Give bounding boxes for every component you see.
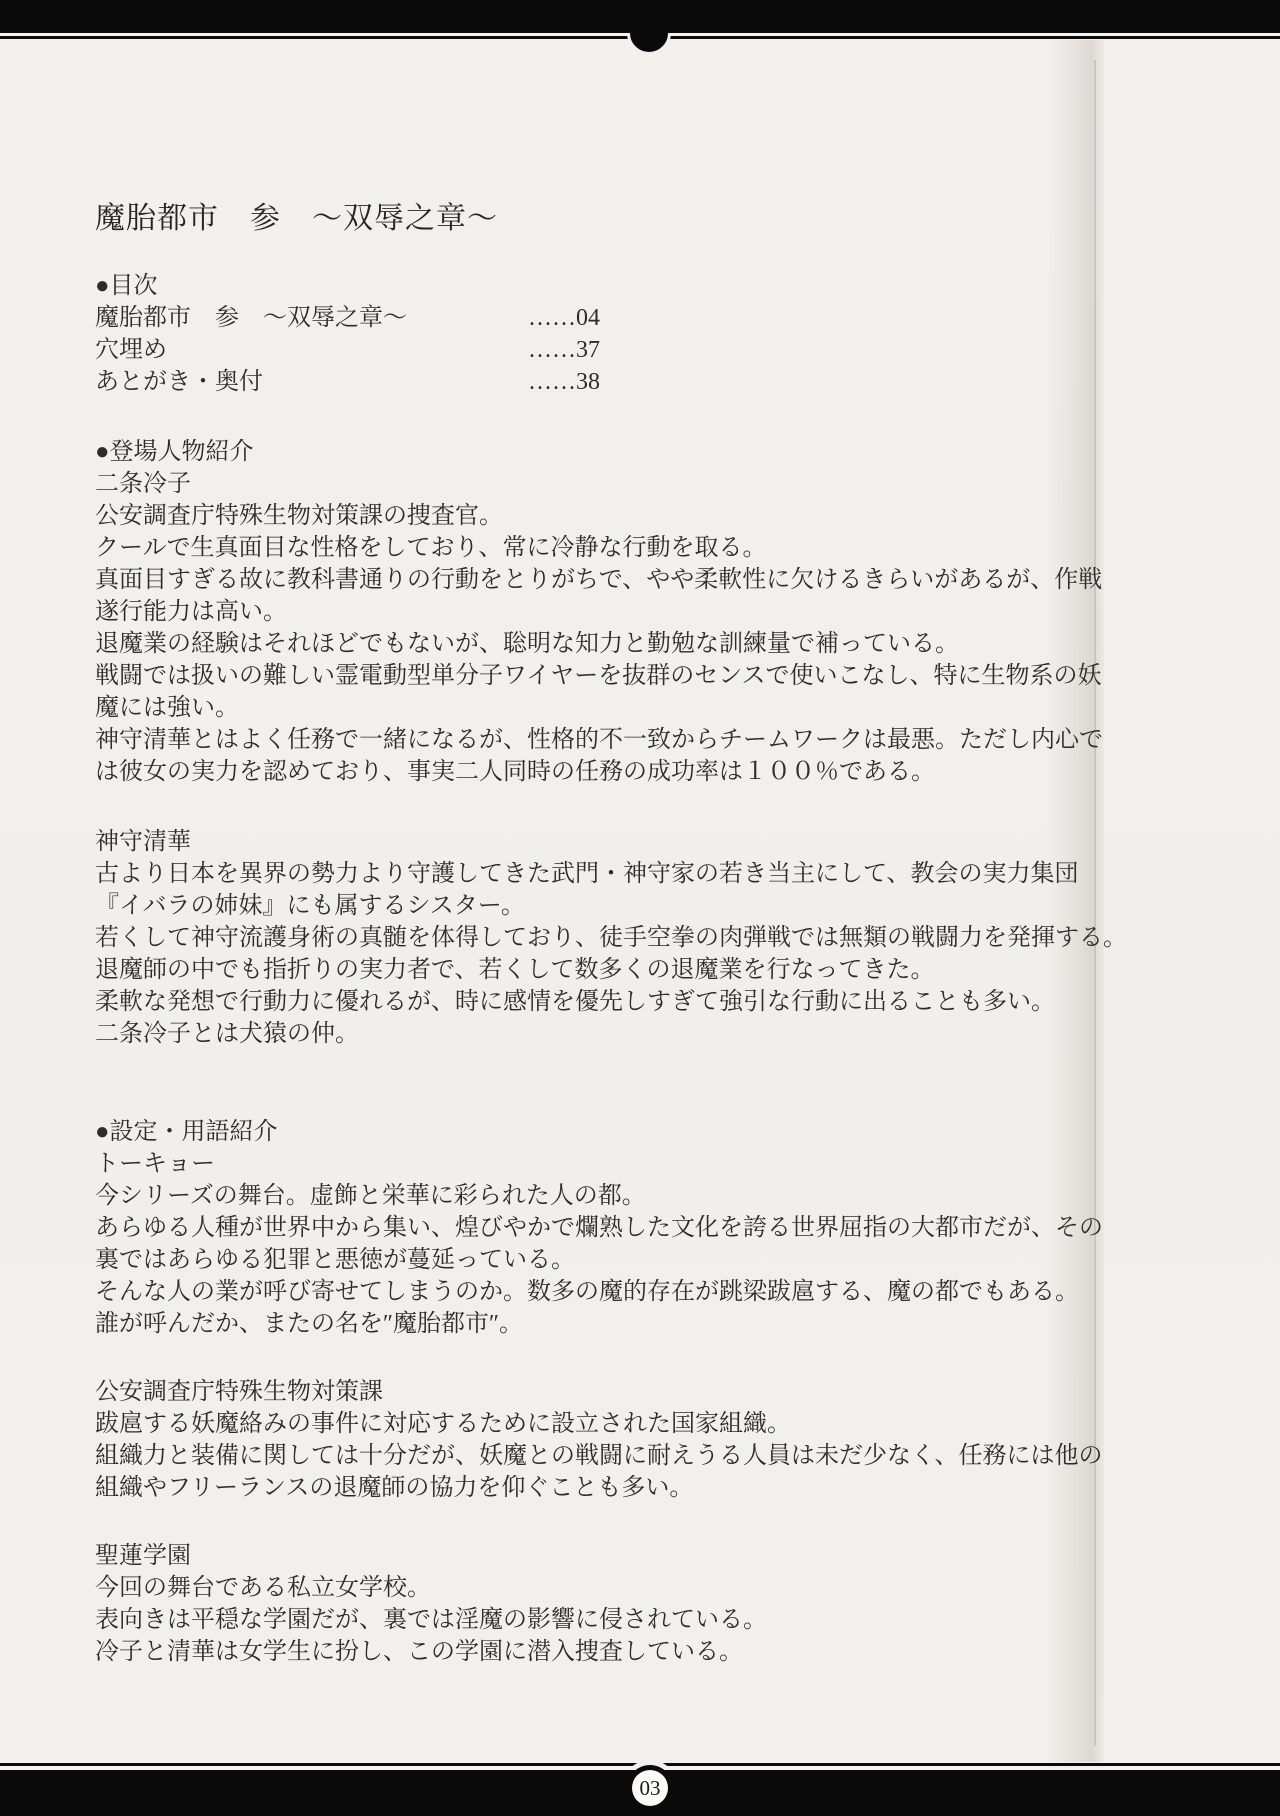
text-line: クールで生真面目な性格をしており、常に冷静な行動を取る。 bbox=[95, 532, 1190, 564]
character-section-heading: ●登場人物紹介 bbox=[95, 436, 1190, 468]
text-line: 『イバラの姉妹』にも属するシスター。 bbox=[95, 890, 1190, 922]
text-line: 公安調査庁特殊生物対策課の捜査官。 bbox=[95, 500, 1190, 532]
toc-item-page: ……38 bbox=[528, 366, 600, 398]
character-name: 神守清華 bbox=[95, 826, 1190, 858]
character-intro-section: ●登場人物紹介 二条冷子 公安調査庁特殊生物対策課の捜査官。 クールで生真面目な… bbox=[95, 436, 1190, 1050]
setting-entry-list: トーキョー 今シリーズの舞台。虚飾と栄華に彩られた人の都。 あらゆる人種が世界中… bbox=[95, 1148, 1190, 1668]
setting-description: 今回の舞台である私立女学校。 表向きは平穏な学園だが、裏では淫魔の影響に侵されて… bbox=[95, 1572, 1190, 1668]
text-line: 今回の舞台である私立女学校。 bbox=[95, 1572, 1190, 1604]
text-line: 二条冷子とは犬猿の仲。 bbox=[95, 1018, 1190, 1050]
text-line: 古より日本を異界の勢力より守護してきた武門・神守家の若き当主にして、教会の実力集… bbox=[95, 858, 1190, 890]
scanned-doujinshi-page: 魔胎都市 参 ～双辱之章～ ●目次 魔胎都市 参 ～双辱之章～ ……04 穴埋め… bbox=[0, 0, 1280, 1816]
toc-item-label: 穴埋め bbox=[95, 334, 528, 366]
toc-row: 穴埋め ……37 bbox=[95, 334, 1190, 366]
toc-item-label: あとがき・奥付 bbox=[95, 366, 528, 398]
toc-item-page: ……37 bbox=[528, 334, 600, 366]
text-line: は彼女の実力を認めており、事実二人同時の任務の成功率は１００％である。 bbox=[95, 756, 1190, 788]
setting-entry: 公安調査庁特殊生物対策課 跋扈する妖魔絡みの事件に対応するために設立された国家組… bbox=[95, 1376, 1190, 1504]
setting-entry: トーキョー 今シリーズの舞台。虚飾と栄華に彩られた人の都。 あらゆる人種が世界中… bbox=[95, 1148, 1190, 1340]
text-line: 神守清華とはよく任務で一緒になるが、性格的不一致からチームワークは最悪。ただし内… bbox=[95, 724, 1190, 756]
toc-page-number: 37 bbox=[576, 337, 600, 363]
toc-leader-dots: …… bbox=[528, 305, 576, 331]
text-line: 戦闘では扱いの難しい霊電動型単分子ワイヤーを抜群のセンスで使いこなし、特に生物系… bbox=[95, 660, 1190, 692]
table-of-contents: ●目次 魔胎都市 参 ～双辱之章～ ……04 穴埋め ……37 あとがき・奥付 bbox=[95, 270, 1190, 398]
character-entry-list: 二条冷子 公安調査庁特殊生物対策課の捜査官。 クールで生真面目な性格をしており、… bbox=[95, 468, 1190, 1050]
text-line: 裏ではあらゆる犯罪と悪徳が蔓延っている。 bbox=[95, 1244, 1190, 1276]
setting-section-heading: ●設定・用語紹介 bbox=[95, 1116, 1190, 1148]
setting-description: 跋扈する妖魔絡みの事件に対応するために設立された国家組織。 組織力と装備に関して… bbox=[95, 1408, 1190, 1504]
text-line: 柔軟な発想で行動力に優れるが、時に感情を優先しすぎて強引な行動に出ることも多い。 bbox=[95, 986, 1190, 1018]
setting-name: 公安調査庁特殊生物対策課 bbox=[95, 1376, 1190, 1408]
toc-leader-dots: …… bbox=[528, 337, 576, 363]
text-line: 組織力と装備に関しては十分だが、妖魔との戦闘に耐えうる人員は未だ少なく、任務には… bbox=[95, 1440, 1190, 1472]
text-line: 若くして神守流護身術の真髄を体得しており、徒手空拳の肉弾戦では無類の戦闘力を発揮… bbox=[95, 922, 1190, 954]
toc-item-page: ……04 bbox=[528, 302, 600, 334]
text-line: 遂行能力は高い。 bbox=[95, 596, 1190, 628]
text-line: 表向きは平穏な学園だが、裏では淫魔の影響に侵されている。 bbox=[95, 1604, 1190, 1636]
character-description: 古より日本を異界の勢力より守護してきた武門・神守家の若き当主にして、教会の実力集… bbox=[95, 858, 1190, 1050]
toc-page-number: 38 bbox=[576, 369, 600, 395]
top-border-band bbox=[0, 0, 1280, 33]
page-number-badge: 03 bbox=[632, 1770, 668, 1806]
setting-glossary-section: ●設定・用語紹介 トーキョー 今シリーズの舞台。虚飾と栄華に彩られた人の都。 あ… bbox=[95, 1116, 1190, 1668]
setting-name: トーキョー bbox=[95, 1148, 1190, 1180]
character-entry: 神守清華 古より日本を異界の勢力より守護してきた武門・神守家の若き当主にして、教… bbox=[95, 826, 1190, 1050]
toc-item-label: 魔胎都市 参 ～双辱之章～ bbox=[95, 302, 528, 334]
text-line: 退魔業の経験はそれほどでもないが、聡明な知力と勤勉な訓練量で補っている。 bbox=[95, 628, 1190, 660]
character-description: 公安調査庁特殊生物対策課の捜査官。 クールで生真面目な性格をしており、常に冷静な… bbox=[95, 500, 1190, 788]
text-line: そんな人の業が呼び寄せてしまうのか。数多の魔的存在が跳梁跋扈する、魔の都でもある… bbox=[95, 1276, 1190, 1308]
page-content: 魔胎都市 参 ～双辱之章～ ●目次 魔胎都市 参 ～双辱之章～ ……04 穴埋め… bbox=[0, 0, 1280, 1668]
text-line: 魔には強い。 bbox=[95, 692, 1190, 724]
setting-entry: 聖蓮学園 今回の舞台である私立女学校。 表向きは平穏な学園だが、裏では淫魔の影響… bbox=[95, 1540, 1190, 1668]
text-line: 誰が呼んだか、またの名を″魔胎都市″。 bbox=[95, 1308, 1190, 1340]
toc-list: 魔胎都市 参 ～双辱之章～ ……04 穴埋め ……37 あとがき・奥付 ……38 bbox=[95, 302, 1190, 398]
toc-row: 魔胎都市 参 ～双辱之章～ ……04 bbox=[95, 302, 1190, 334]
text-line: 真面目すぎる故に教科書通りの行動をとりがちで、やや柔軟性に欠けるきらいがあるが、… bbox=[95, 564, 1190, 596]
page-title: 魔胎都市 参 ～双辱之章～ bbox=[95, 200, 1190, 238]
toc-page-number: 04 bbox=[576, 305, 600, 331]
toc-heading: ●目次 bbox=[95, 270, 1190, 302]
setting-name: 聖蓮学園 bbox=[95, 1540, 1190, 1572]
toc-row: あとがき・奥付 ……38 bbox=[95, 366, 1190, 398]
toc-leader-dots: …… bbox=[528, 369, 576, 395]
text-line: 組織やフリーランスの退魔師の協力を仰ぐことも多い。 bbox=[95, 1472, 1190, 1504]
text-line: 冷子と清華は女学生に扮し、この学園に潜入捜査している。 bbox=[95, 1636, 1190, 1668]
text-line: あらゆる人種が世界中から集い、煌びやかで爛熟した文化を誇る世界屈指の大都市だが、… bbox=[95, 1212, 1190, 1244]
text-line: 今シリーズの舞台。虚飾と栄華に彩られた人の都。 bbox=[95, 1180, 1190, 1212]
text-line: 跋扈する妖魔絡みの事件に対応するために設立された国家組織。 bbox=[95, 1408, 1190, 1440]
character-name: 二条冷子 bbox=[95, 468, 1190, 500]
text-line: 退魔師の中でも指折りの実力者で、若くして数多くの退魔業を行なってきた。 bbox=[95, 954, 1190, 986]
setting-description: 今シリーズの舞台。虚飾と栄華に彩られた人の都。 あらゆる人種が世界中から集い、煌… bbox=[95, 1180, 1190, 1340]
character-entry: 二条冷子 公安調査庁特殊生物対策課の捜査官。 クールで生真面目な性格をしており、… bbox=[95, 468, 1190, 788]
